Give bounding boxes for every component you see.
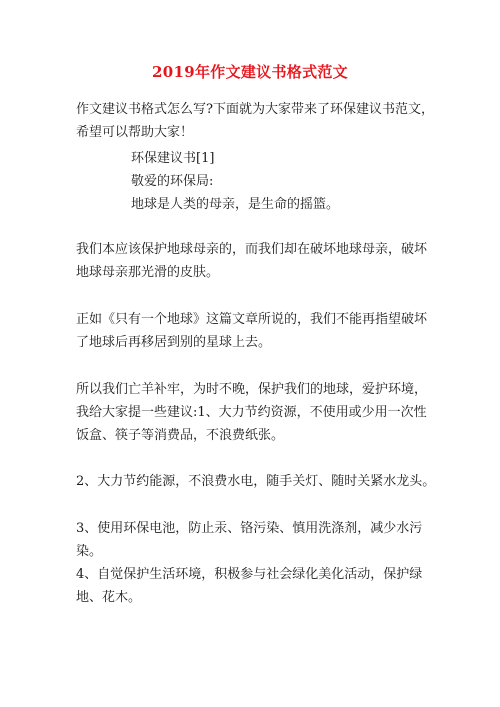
letter-salutation: 敬爱的环保局: xyxy=(131,170,431,193)
body-paragraph-1: 我们本应该保护地球母亲的，而我们却在破坏地球母亲，破坏地球母亲那光滑的皮肤。 xyxy=(76,238,436,284)
opening-paragraph: 地球是人类的母亲，是生命的摇篮。 xyxy=(131,193,431,216)
body-paragraph-2: 正如《只有一个地球》这篇文章所说的，我们不能再指望破坏了地球后再移居到别的星球上… xyxy=(76,308,436,354)
document-title: 2019年作文建议书格式范文 xyxy=(0,61,500,82)
letter-heading: 环保建议书[1] xyxy=(131,147,431,170)
intro-paragraph: 作文建议书格式怎么写?下面就为大家带来了环保建议书范文，希望可以帮助大家！ xyxy=(76,98,436,144)
body-paragraph-3: 所以我们亡羊补牢，为时不晚，保护我们的地球，爱护环境，我给大家提一些建议:1、大… xyxy=(76,378,436,447)
suggestion-4: 4、自觉保护生活环境，积极参与社会绿化美化活动，保护绿地、花木。 xyxy=(76,563,436,609)
suggestion-2: 2、大力节约能源，不浪费水电，随手关灯、随时关紧水龙头。 xyxy=(76,470,436,493)
document-page: 2019年作文建议书格式范文 作文建议书格式怎么写?下面就为大家带来了环保建议书… xyxy=(0,0,500,707)
suggestion-3: 3、使用环保电池，防止汞、铬污染、慎用洗涤剂，减少水污染。 xyxy=(76,517,436,563)
